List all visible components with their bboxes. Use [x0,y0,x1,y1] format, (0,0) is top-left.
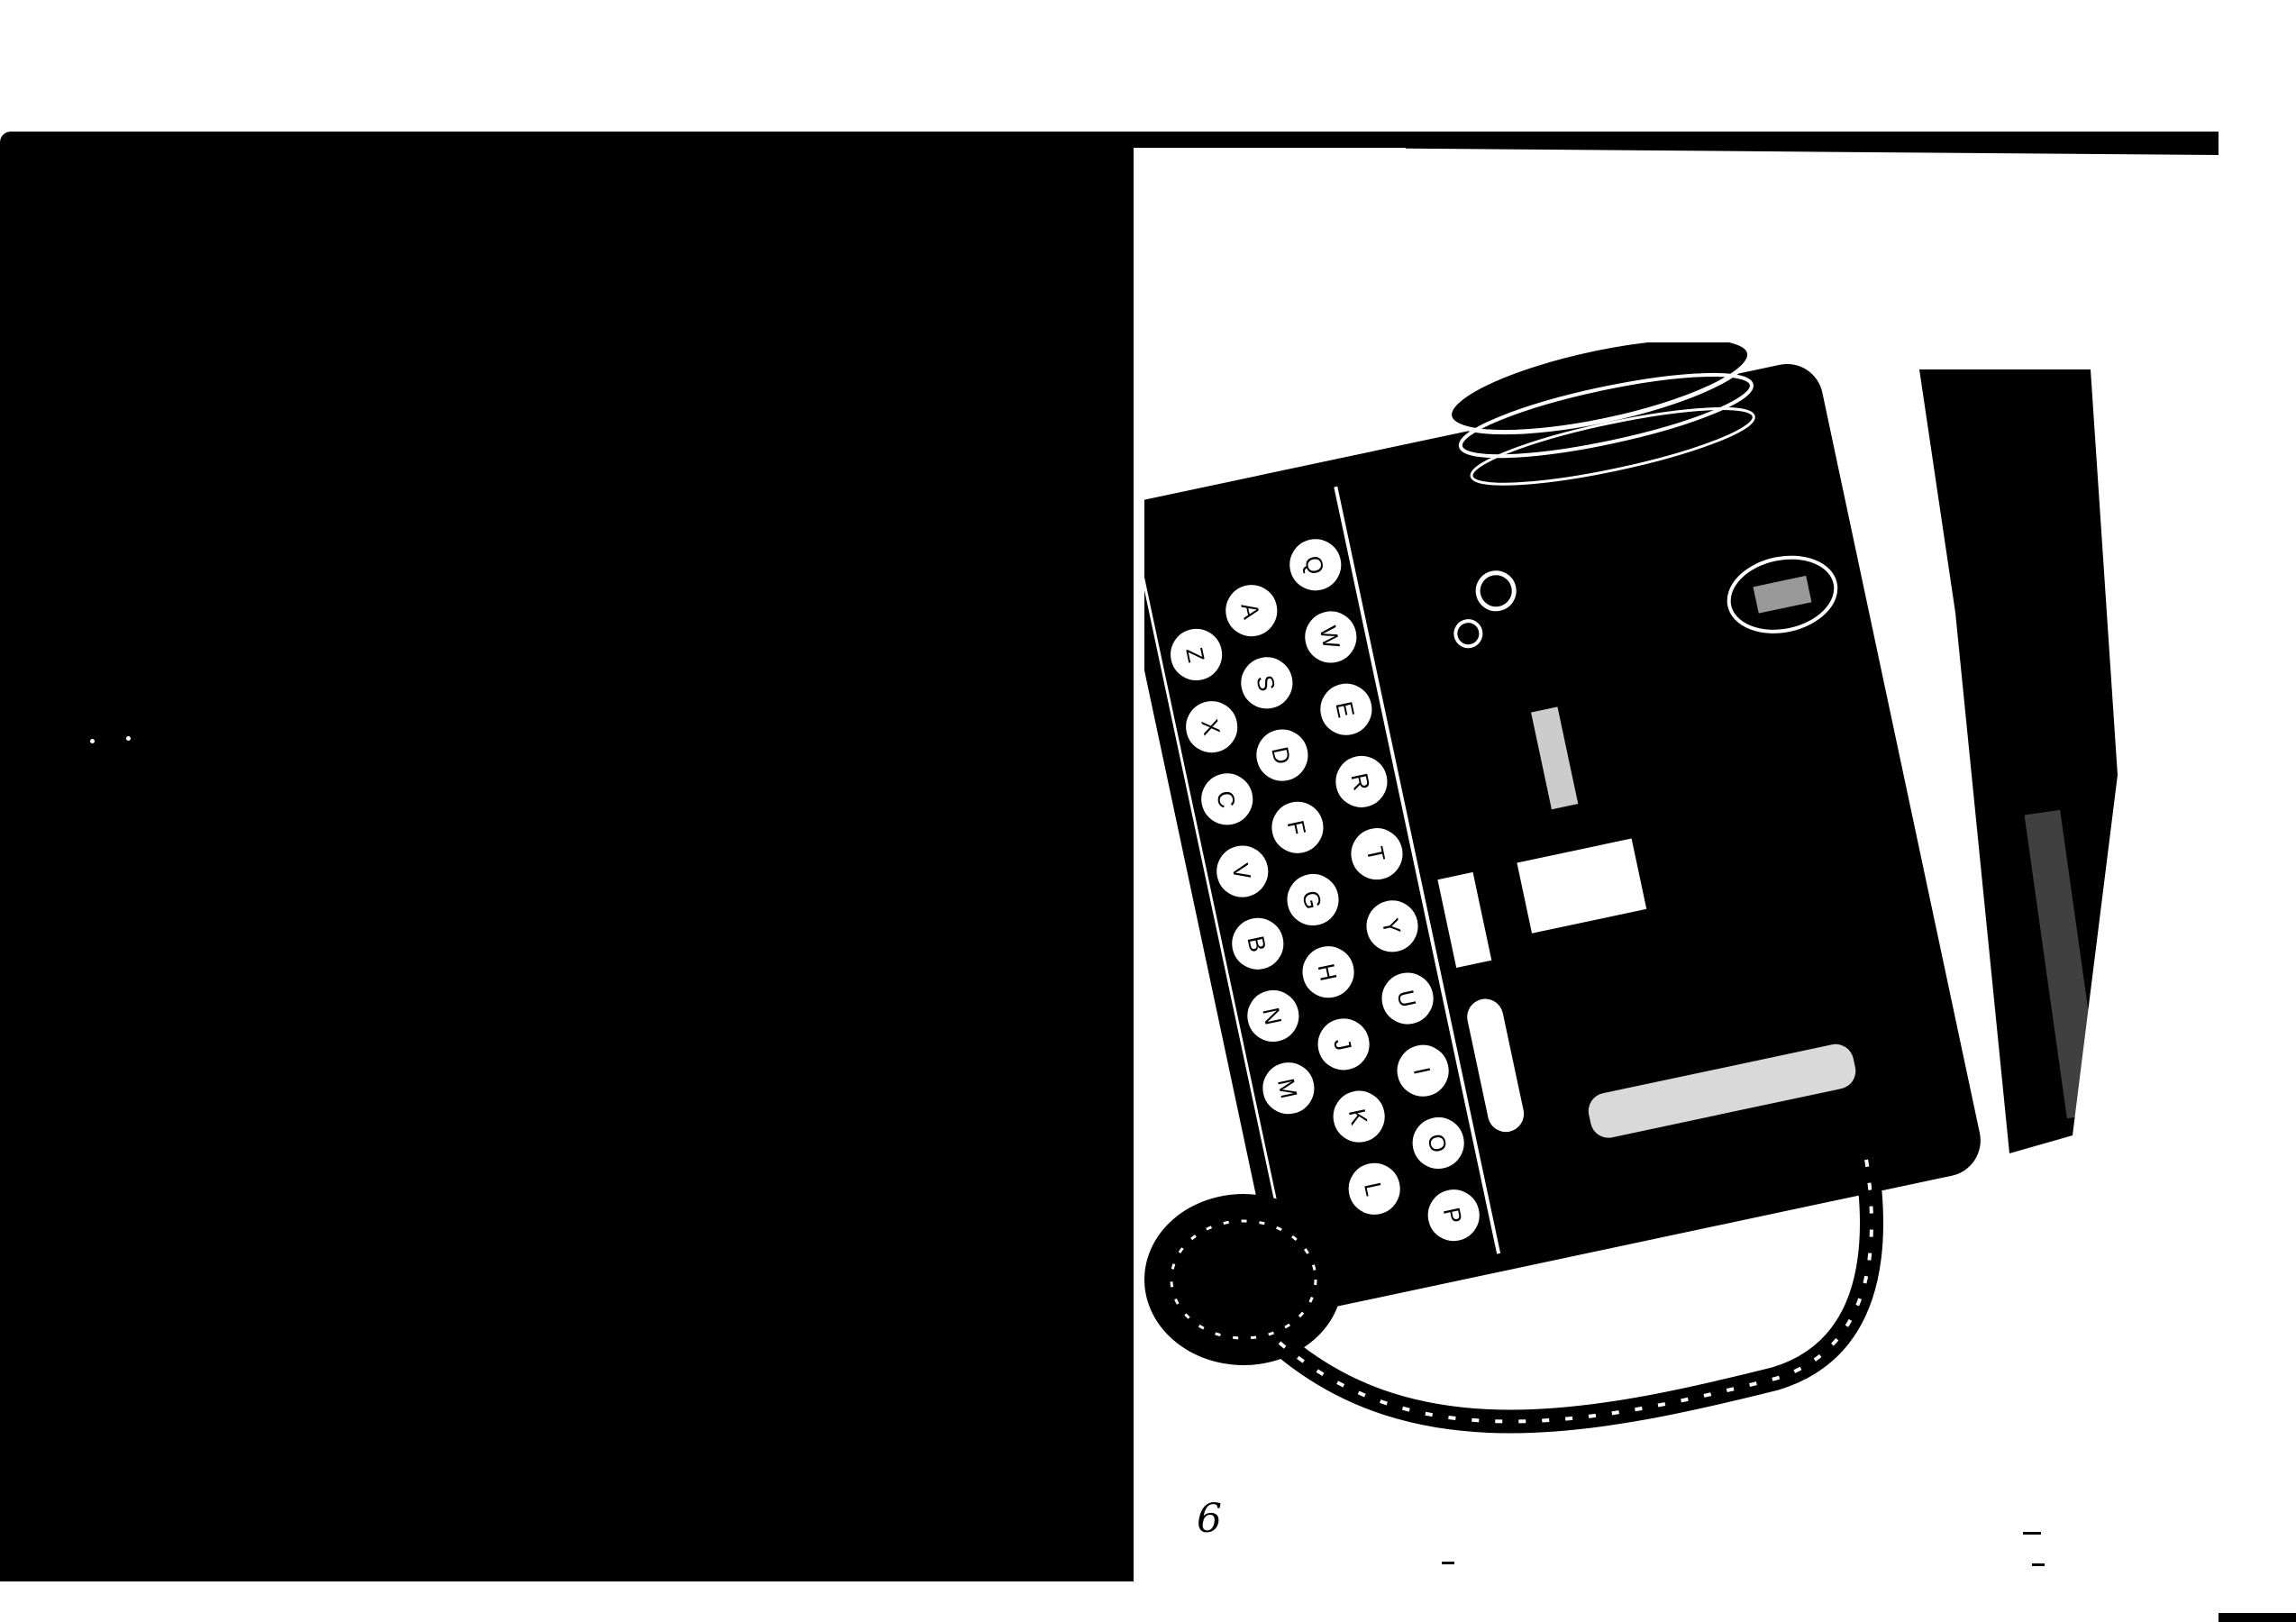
cipher-machine-photo: QWERTYUIOPASDFGHJKLZXCVBNM [1144,342,2118,1496]
scanned-page: QWERTYUIOPASDFGHJKLZXCVBNM 6 [0,0,2296,1622]
scan-artifact [1442,1562,1454,1564]
dust-speck [90,739,95,743]
page-number: 6 [1197,1496,1222,1542]
top-border-taper [1406,144,2219,155]
scan-artifact [2032,1563,2045,1566]
black-left-panel [0,135,1134,1581]
panel-edge [1117,144,1125,1581]
bottom-border-mark [2219,1613,2296,1622]
scan-artifact [2023,1532,2041,1535]
dust-speck [126,736,131,741]
